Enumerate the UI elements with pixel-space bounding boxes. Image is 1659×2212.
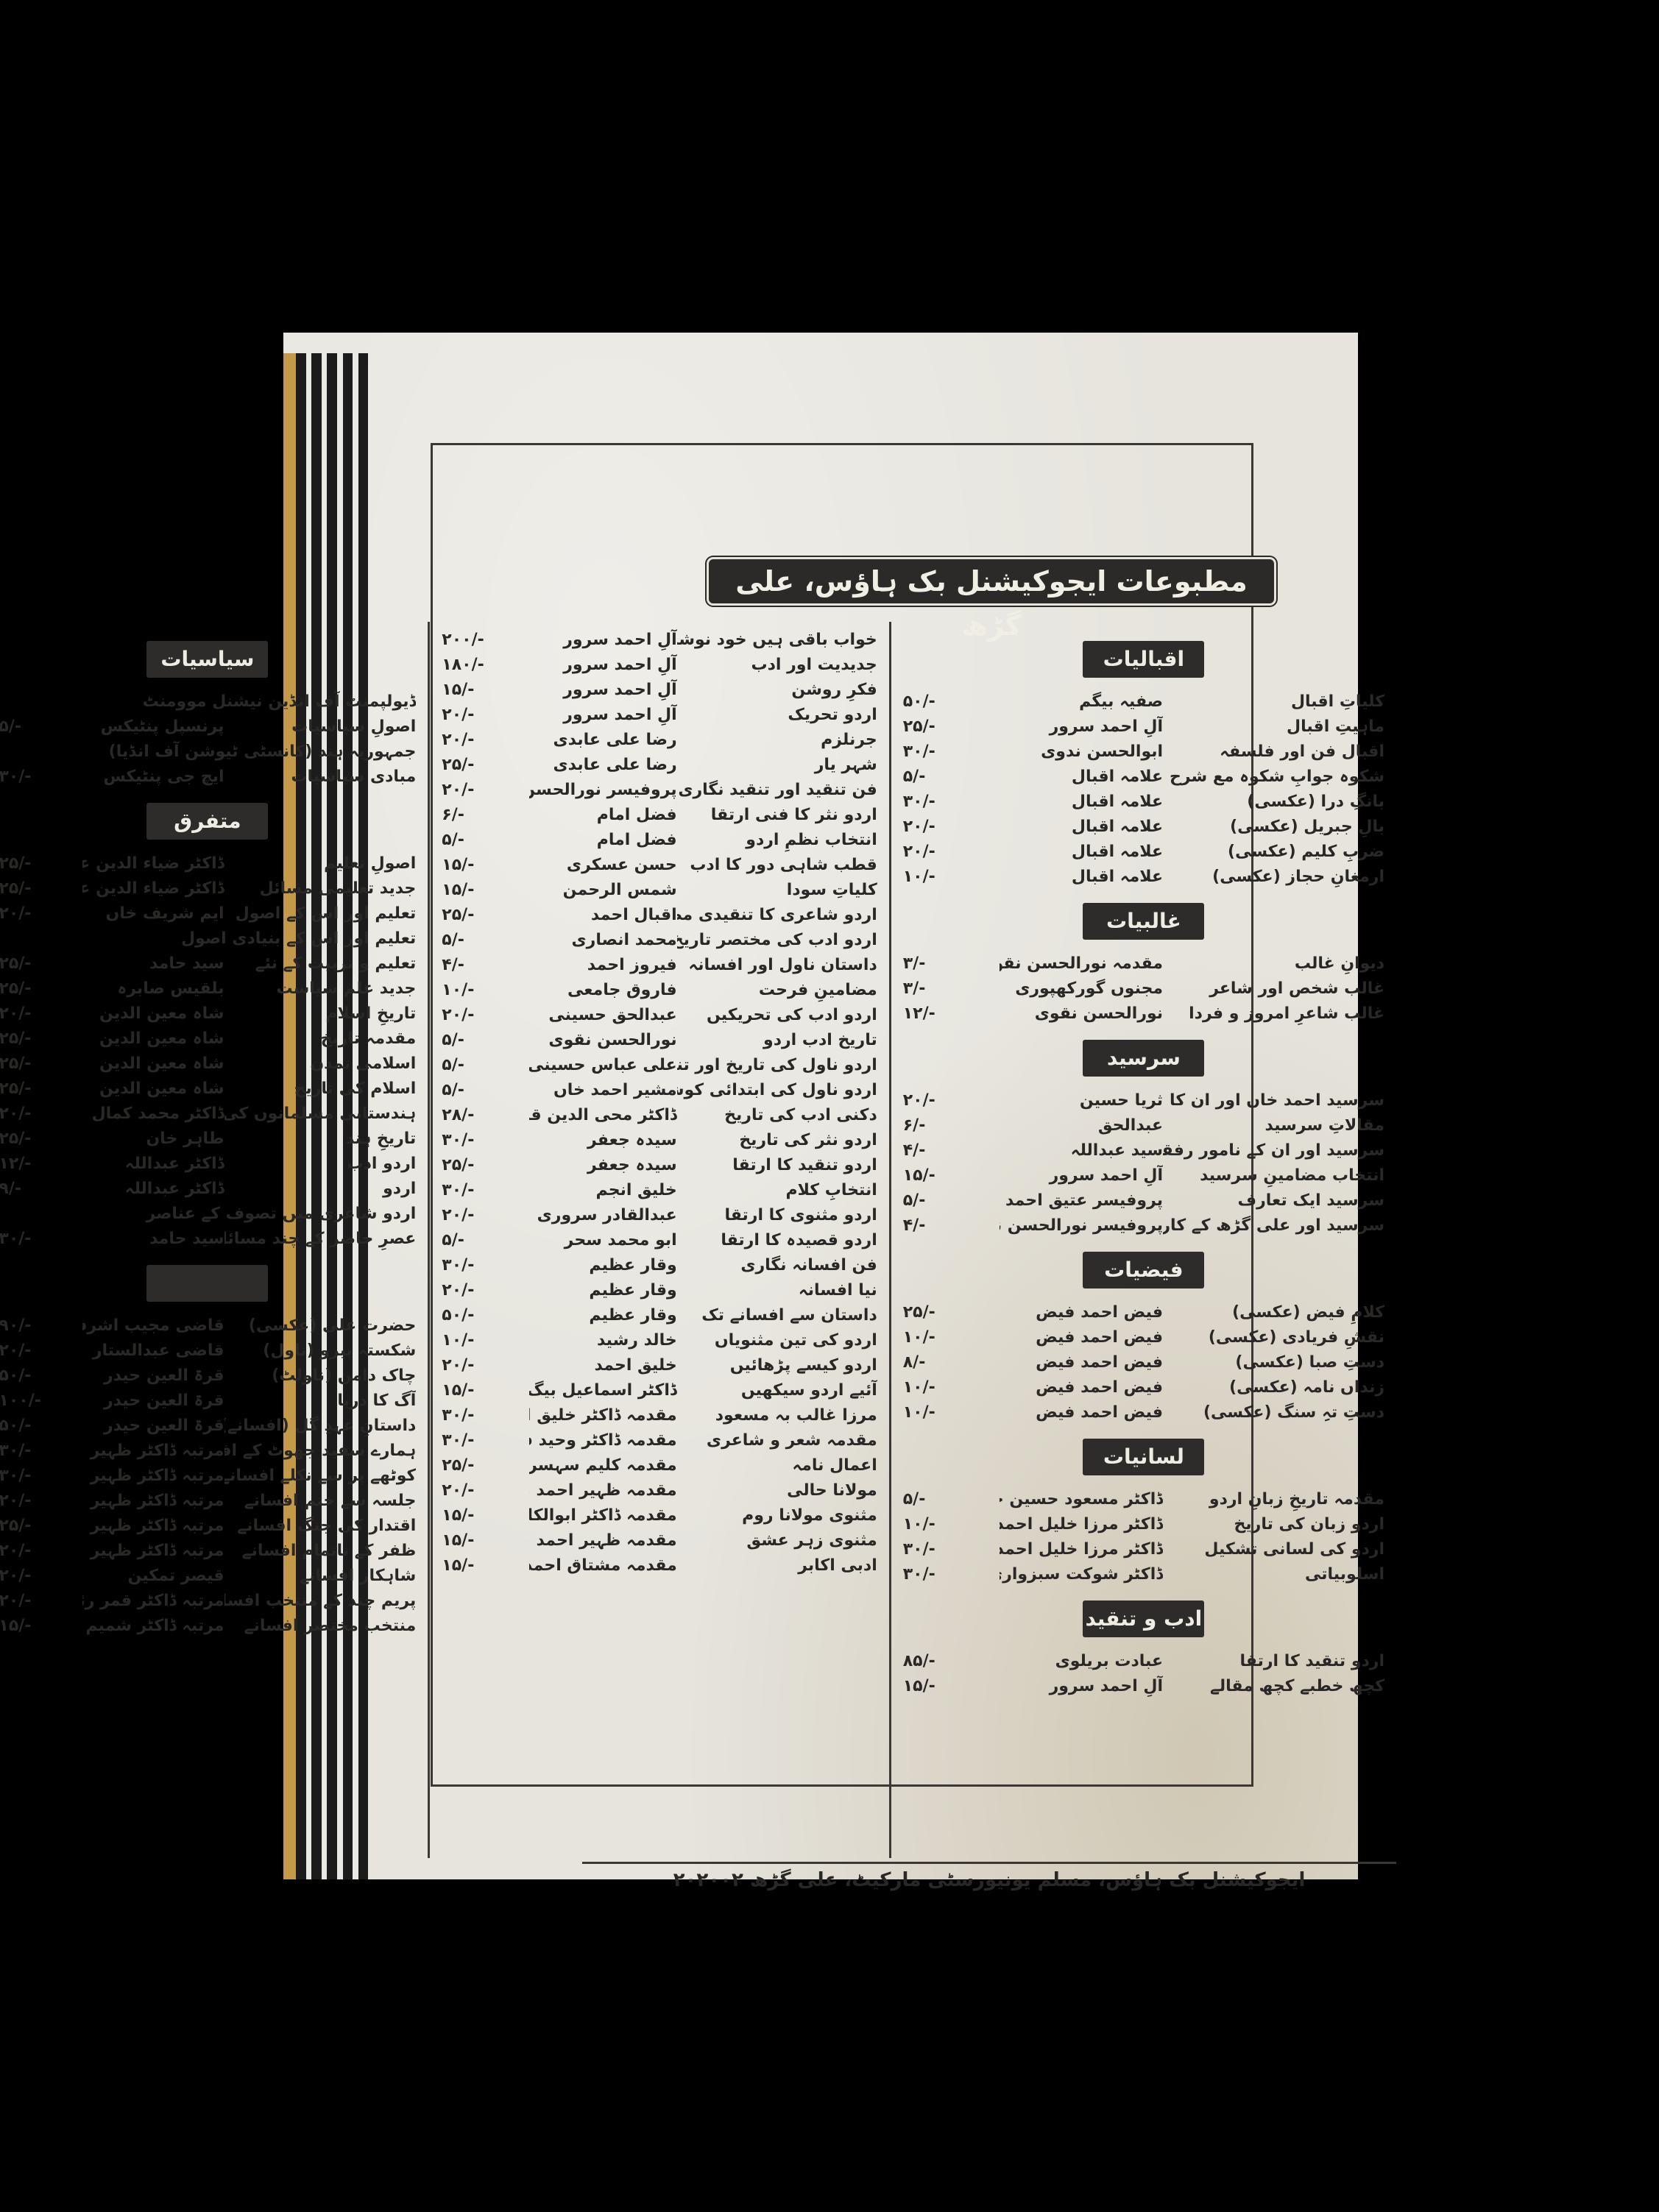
book-author: خلیق انجم	[529, 1178, 677, 1203]
book-author: آلِ احمد سرور	[529, 653, 677, 678]
book-entry: تاریخِ ہندطاہر خان۲۵/-	[0, 1127, 416, 1152]
book-price: ۲۰/-	[0, 1564, 82, 1589]
book-author: فیض احمد فیض	[1000, 1300, 1163, 1325]
book-author: ڈاکٹر محمد کمال	[82, 1102, 224, 1127]
book-entry: اردو تحریکآلِ احمد سرور۲۰/-	[442, 703, 877, 728]
book-author: ڈاکٹر اسماعیل بیگ	[529, 1378, 677, 1403]
book-title: اردو تنقید کا ارتقا	[677, 1153, 877, 1178]
catalogue-columns: اقبالیاتکلیاتِ اقبالصفیہ بیگم۵۰/-ماہیتِ …	[582, 622, 1396, 1858]
book-price: ۳۰/-	[903, 1562, 1000, 1587]
section-header: فیضیات	[1083, 1252, 1204, 1288]
book-title: اسلام کی تاریخ	[224, 1077, 417, 1102]
book-entry: ڈیولپمنٹ آف انڈین نیشنل موومنٹ۵/-	[0, 690, 416, 715]
book-entry: اردو شاعری کا تنقیدی مطالعہاقبال احمد۲۵/…	[442, 903, 877, 928]
book-author: قرۃ العین حیدر	[82, 1364, 224, 1389]
book-entry: اردو شاعری میں تصوف کے عناصر۷/۵۰	[0, 1202, 416, 1227]
book-entry: جدیدیت اور ادبآلِ احمد سرور۱۸۰/-	[442, 653, 877, 678]
book-price: ۱۵/-	[442, 853, 528, 878]
book-price: ۲۰/-	[442, 778, 528, 803]
book-price: ۲۰/-	[442, 1003, 528, 1028]
book-entry: اعمال نامہمقدمہ کلیم سہسرامی۲۵/-	[442, 1453, 877, 1478]
book-entry: حضرت علی (عکسی)قاضی مجیب اشرف۹۰/-	[0, 1314, 416, 1339]
book-entry: زنداں نامہ (عکسی)فیض احمد فیض۱۰/-	[903, 1375, 1384, 1400]
book-entry: منتخب مختصر افسانےمرتبہ ڈاکٹر شمیم حنفی۱…	[0, 1614, 416, 1639]
book-price: ۲۰/-	[0, 1339, 82, 1364]
book-author: ڈاکٹر ضیاء الدین علوی	[82, 851, 224, 876]
book-entry: فکرِ روشنآلِ احمد سرور۱۵/-	[442, 678, 877, 703]
book-title: تاریخِ ہند	[224, 1127, 417, 1152]
book-author: مرتبہ ڈاکٹر ظہیر	[82, 1439, 224, 1464]
book-price: ۴/-	[442, 953, 528, 978]
book-title: داستان ناول اور افسانہ	[677, 953, 877, 978]
book-author: مقدمہ کلیم سہسرامی	[529, 1453, 677, 1478]
book-price: ۲۵/-	[0, 1077, 82, 1102]
book-title: مرزا غالب بہ مسعود	[677, 1403, 877, 1428]
book-entry: جدید تعلیمی مسائلڈاکٹر ضیاء الدین علوی۲۵…	[0, 876, 416, 901]
book-title: اردو تنقید کا ارتقا	[1163, 1649, 1384, 1674]
section-header: غالبیات	[1083, 903, 1204, 940]
catalogue-frame: مطبوعات ایجوکیشنل بک ہاؤس، علی گڑھ اقبال…	[431, 443, 1253, 1787]
book-price: ۲۰/-	[442, 728, 528, 753]
book-price: ۵/-	[903, 765, 1000, 790]
book-title: دستِ تہِ سنگ (عکسی)	[1163, 1400, 1384, 1425]
book-entry: ارمغانِ حجاز (عکسی)علامہ اقبال۱۰/-	[903, 865, 1384, 890]
book-entry: اردو ناول کی ابتدائی کوششمشیر احمد خاں۵/…	[442, 1078, 877, 1103]
book-author: علامہ اقبال	[1000, 765, 1163, 790]
book-author: قیصر تمکین	[82, 1564, 224, 1589]
book-title: زنداں نامہ (عکسی)	[1163, 1375, 1384, 1400]
book-entry: اردو تنقید کا ارتقاعبادت بریلوی۸۵/-	[903, 1649, 1384, 1674]
book-price: ۲۵/-	[442, 1453, 528, 1478]
book-price: ۱۰۰/-	[0, 1389, 82, 1414]
book-entry: شکستہ پیرو (ناول)قاضی عبدالستار۲۰/-	[0, 1339, 416, 1364]
book-author: قرۃ العین حیدر	[82, 1414, 224, 1439]
book-title: منتخب مختصر افسانے	[224, 1614, 417, 1639]
book-entry: اردو ناول کی تاریخ اور تنقیدعلی عباس حسی…	[442, 1053, 877, 1078]
book-author: عبدالحق حسینی	[529, 1003, 677, 1028]
book-author: شاہ معین الدین	[82, 1077, 224, 1102]
book-price: ۸۵/-	[903, 1649, 1000, 1674]
book-price: ۱۰/-	[442, 978, 528, 1003]
book-entry: کلیاتِ سوداشمس الرحمن۱۵/-	[442, 878, 877, 903]
book-author: نورالحسن نقوی	[1000, 1002, 1163, 1027]
book-author: فضل امام	[529, 828, 677, 853]
book-author: علامہ اقبال	[1000, 815, 1163, 840]
book-price: ۳۰/-	[0, 765, 82, 790]
book-entry: قطب شاہی دور کا ادبحسن عسکری۱۵/-	[442, 853, 877, 878]
book-entry: آئیے اردو سیکھیںڈاکٹر اسماعیل بیگ۱۵/-	[442, 1378, 877, 1403]
book-title: اقتدار کی جنگ افسانے	[224, 1514, 417, 1539]
book-title: فن تنقید اور تنقید نگاری	[677, 778, 877, 803]
book-author: ڈاکٹر مرزا خلیل احمد بیگ	[1000, 1537, 1163, 1562]
book-entry: اردو زبان کی تاریخڈاکٹر مرزا خلیل احمد ب…	[903, 1512, 1384, 1537]
book-price: ۲۸/-	[442, 1103, 528, 1128]
book-title: انتخاب نظمِ اردو	[677, 828, 877, 853]
book-title: شاہکار افسانے	[224, 1564, 417, 1589]
book-title: دستِ صبا (عکسی)	[1163, 1350, 1384, 1375]
book-entry: کلیاتِ اقبالصفیہ بیگم۵۰/-	[903, 690, 1384, 715]
book-price: ۹۰/-	[0, 1314, 82, 1339]
book-title: اردو ناول کی تاریخ اور تنقید	[677, 1053, 877, 1078]
book-title: غالب شخص اور شاعر	[1163, 976, 1384, 1002]
book-title: تعلیم اور اس کے اصول	[224, 901, 417, 926]
book-title: آگ کا دریا	[224, 1389, 417, 1414]
book-title: اردو ناول کی ابتدائی کوشش	[677, 1078, 877, 1103]
book-price: ۲۰/-	[442, 1353, 528, 1378]
book-author: مرتبہ ڈاکٹر قمر رئیس	[82, 1589, 224, 1614]
book-author: ڈاکٹر عبداللہ	[82, 1177, 224, 1202]
book-author: وقار عظیم	[529, 1303, 677, 1328]
book-author: بلقیس صابرہ	[82, 976, 224, 1002]
book-author: شاہ معین الدین	[82, 1002, 224, 1027]
book-title: شکستہ پیرو (ناول)	[224, 1339, 417, 1364]
book-title: مثنوی مولانا روم	[677, 1503, 877, 1528]
book-title: نیا افسانہ	[677, 1278, 877, 1303]
book-price: ۲۵/-	[442, 1153, 528, 1178]
book-title: اردو شاعری کا تنقیدی مطالعہ	[677, 903, 877, 928]
book-entry: جدید علم سیاستبلقیس صابرہ۲۵/-	[0, 976, 416, 1002]
book-entry: انتخاب نظمِ اردوفضل امام۵/-	[442, 828, 877, 853]
book-entry: ادبی اکابرمقدمہ مشتاق احمد۱۵/-	[442, 1553, 877, 1578]
book-author: ڈاکٹر عبداللہ	[82, 1152, 224, 1177]
book-price: ۱۵/-	[903, 1674, 1000, 1699]
book-price: ۲۵/-	[0, 1127, 82, 1152]
book-price: ۲۵/-	[0, 1027, 82, 1052]
book-entry: عصرِ حاضر کے چند مسائلسید حامد۳۰/-	[0, 1227, 416, 1252]
book-title: فن افسانہ نگاری	[677, 1253, 877, 1278]
book-title: غالب شاعرِ امروز و فردا	[1163, 1002, 1384, 1027]
book-price: ۲۵/-	[903, 715, 1000, 740]
book-entry: مولانا حالیمقدمہ ظہیر احمد صدیقی۲۰/-	[442, 1478, 877, 1503]
book-title: ضربِ کلیم (عکسی)	[1163, 840, 1384, 865]
book-author: شمس الرحمن	[529, 878, 677, 903]
book-author: ابوالحسن ندوی	[1000, 740, 1163, 765]
book-author: ڈاکٹر مرزا خلیل احمد بیگ	[1000, 1512, 1163, 1537]
book-price: ۳۰/-	[903, 740, 1000, 765]
book-title: اردو	[224, 1177, 417, 1202]
book-title: تاریخ ادب اردو	[677, 1028, 877, 1053]
book-price: ۲۵/-	[0, 876, 82, 901]
book-entry: اردو کیسے پڑھائیںخلیق احمد۲۰/-	[442, 1353, 877, 1378]
book-title: کوٹھے پر سے نکلے افسانے	[224, 1464, 417, 1489]
section-header: سیاسیات	[146, 641, 268, 678]
book-title: خواب باقی ہیں خود نوشت	[677, 628, 877, 653]
book-author: شاہ معین الدین	[82, 1052, 224, 1077]
book-entry: اسلامی تمدنشاہ معین الدین۲۵/-	[0, 1052, 416, 1077]
book-price: ۳/-	[903, 951, 1000, 976]
book-entry: جرنلزمرضا علی عابدی۲۰/-	[442, 728, 877, 753]
book-author: سید حامد	[82, 1227, 224, 1252]
book-entry: تعلیم اور اس کے بنیادی اصول	[0, 926, 416, 951]
book-author: فیض احمد فیض	[1000, 1400, 1163, 1425]
book-price: ۵۰/-	[903, 690, 1000, 715]
book-price: ۲۵/-	[0, 1052, 82, 1077]
book-entry: سرسید احمد خاں اور ان کا عہدثریا حسین۲۰/…	[903, 1088, 1384, 1113]
book-price: ۲۵/-	[0, 976, 82, 1002]
book-price: ۲۰/-	[0, 1489, 82, 1514]
book-entry: غالب شاعرِ امروز و فردانورالحسن نقوی۱۲/-	[903, 1002, 1384, 1027]
book-entry: مقالاتِ سرسیدعبدالحق۶/-	[903, 1113, 1384, 1138]
book-title: اردو ادب کی تحریکیں	[677, 1003, 877, 1028]
book-title: دیوانِ غالب	[1163, 951, 1384, 976]
column-right: اقبالیاتکلیاتِ اقبالصفیہ بیگم۵۰/-ماہیتِ …	[889, 622, 1396, 1858]
book-price: ۳۰/-	[0, 1227, 82, 1252]
book-title: شکوہ جوابِ شکوہ مع شرح	[1163, 765, 1384, 790]
book-title: انتخابِ کلام	[677, 1178, 877, 1203]
book-author: شاہ معین الدین	[82, 1027, 224, 1052]
book-author: آلِ احمد سرور	[529, 628, 677, 653]
book-price: ۲۰/-	[903, 1088, 1000, 1113]
book-author: مقدمہ ظہیر احمد صدیقی	[529, 1478, 677, 1503]
book-author: فضل امام	[529, 803, 677, 828]
book-author: ڈاکٹر محی الدین قادری زور	[529, 1103, 677, 1128]
book-price: ۴/-	[903, 1213, 1000, 1238]
book-entry: شکوہ جوابِ شکوہ مع شرحعلامہ اقبال۵/-	[903, 765, 1384, 790]
book-entry: فن افسانہ نگاریوقار عظیم۳۰/-	[442, 1253, 877, 1278]
book-price: ۵۰/-	[0, 1364, 82, 1389]
book-title: مثنوی زہر عشق	[677, 1528, 877, 1553]
book-entry: پریم چند کے منتخب افسانےمرتبہ ڈاکٹر قمر …	[0, 1589, 416, 1614]
section-header: اقبالیات	[1083, 641, 1204, 678]
book-entry: مقدمہ تاریخِ زبانِ اردوڈاکٹر مسعود حسین …	[903, 1487, 1384, 1512]
book-price: ۱۵/-	[442, 878, 528, 903]
book-entry: غالب شخص اور شاعرمجنوں گورکھپوری۳/-	[903, 976, 1384, 1002]
book-title: چاک دامن (ناولٹ)	[224, 1364, 417, 1389]
book-author: مرتبہ ڈاکٹر ظہیر	[82, 1539, 224, 1564]
book-title: کلیاتِ سودا	[677, 878, 877, 903]
book-author: پروفیسر نورالحسن نقوی	[1000, 1213, 1163, 1238]
book-author: ڈاکٹر ضیاء الدین علوی	[82, 876, 224, 901]
book-author: آلِ احمد سرور	[529, 703, 677, 728]
book-entry: شاہکار افسانےقیصر تمکین۲۰/-	[0, 1564, 416, 1589]
book-author: ابو محمد سحر	[529, 1228, 677, 1253]
book-entry: مضامینِ فرحتفاروق جامعی۱۰/-	[442, 978, 877, 1003]
book-author: قرۃ العین حیدر	[82, 1389, 224, 1414]
book-price: ۱۸۰/-	[442, 653, 528, 678]
book-author: مرتبہ ڈاکٹر ظہیر	[82, 1464, 224, 1489]
book-price: ۲۰/-	[442, 1478, 528, 1503]
book-price: ۱۵/-	[442, 1378, 528, 1403]
book-price: ۵/-	[442, 1228, 528, 1253]
book-title: مقدمہ شعر و شاعری	[677, 1428, 877, 1453]
book-author: فاروق جامعی	[529, 978, 677, 1003]
book-entry: داستان سے افسانے تکوقار عظیم۵۰/-	[442, 1303, 877, 1328]
book-entry: نقشِ فریادی (عکسی)فیض احمد فیض۱۰/-	[903, 1325, 1384, 1350]
book-title: قطب شاہی دور کا ادب	[677, 853, 877, 878]
book-entry: اردو نثر کی تاریخسیدہ جعفر۳۰/-	[442, 1128, 877, 1153]
book-entry: دکنی ادب کی تاریخڈاکٹر محی الدین قادری ز…	[442, 1103, 877, 1128]
book-price: ۲۰/-	[0, 1589, 82, 1614]
book-title: حضرت علی (عکسی)	[224, 1314, 417, 1339]
book-title: آئیے اردو سیکھیں	[677, 1378, 877, 1403]
book-title: اردو نثر کی تاریخ	[677, 1128, 877, 1153]
book-title: داستان سے افسانے تک	[677, 1303, 877, 1328]
book-title: اردو کی لسانی تشکیل	[1163, 1537, 1384, 1562]
book-title: اردو مثنوی کا ارتقا	[677, 1203, 877, 1228]
book-entry: مرزا غالب بہ مسعودمقدمہ ڈاکٹر خلیق انجم۳…	[442, 1403, 877, 1428]
book-author: قاضی عبدالستار	[82, 1339, 224, 1364]
book-author: مجنوں گورکھپوری	[1000, 976, 1163, 1002]
column-middle: خواب باقی ہیں خود نوشتآلِ احمد سرور۲۰۰/-…	[428, 622, 888, 1858]
book-entry: اردوڈاکٹر عبداللہ۹/-	[0, 1177, 416, 1202]
book-author: مقدمہ ڈاکٹر وحید قریشی	[529, 1428, 677, 1453]
book-price: ۲۰/-	[442, 703, 528, 728]
book-price: ۵/-	[442, 828, 528, 853]
book-author: صفیہ بیگم	[1000, 690, 1163, 715]
book-author: پروفیسر نورالحسن نقوی	[529, 778, 677, 803]
book-price: ۱۰/-	[903, 865, 1000, 890]
book-title: اسلوبیاتی	[1163, 1562, 1384, 1587]
book-entry: تاریخ ادب اردونورالحسن نقوی۵/-	[442, 1028, 877, 1053]
book-author: خالد رشید	[529, 1328, 677, 1353]
book-author: عبدالقادر سروری	[529, 1203, 677, 1228]
book-title: اردو کیسے پڑھائیں	[677, 1353, 877, 1378]
book-author: ایم شریف خاں	[82, 901, 224, 926]
book-entry: سرسید اور علی گڑھ کے کارنامےپروفیسر نورا…	[903, 1213, 1384, 1238]
book-author: آلِ احمد سرور	[1000, 1163, 1163, 1188]
book-author: حسن عسکری	[529, 853, 677, 878]
book-title: ہمارے سفید جھوٹ کے افسانے	[224, 1439, 417, 1464]
book-price: ۵۰/-	[442, 1303, 528, 1328]
book-price: ۲۰/-	[0, 1002, 82, 1027]
book-entry: اردو قصیدہ کا ارتقاابو محمد سحر۵/-	[442, 1228, 877, 1253]
book-title: مقدمہ تاریخ	[224, 1027, 417, 1052]
book-author: رضا علی عابدی	[529, 753, 677, 778]
book-entry: اردو ادب کی مختصر تاریخمحمد انصاری۵/-	[442, 928, 877, 953]
section-header: متفرق	[146, 803, 268, 840]
book-price: ۱۵/-	[0, 1614, 82, 1639]
book-author: ڈاکٹر شوکت سبزواری	[1000, 1562, 1163, 1587]
book-entry: انتخاب مضامینِ سرسیدآلِ احمد سرور۱۵/-	[903, 1163, 1384, 1188]
book-price: ۶/-	[903, 1113, 1000, 1138]
book-author: ڈاکٹر مسعود حسین خاں	[1000, 1487, 1163, 1512]
book-title: جرنلزم	[677, 728, 877, 753]
book-title: اردو ادب کی مختصر تاریخ	[677, 928, 877, 953]
book-title: بالِ جبریل (عکسی)	[1163, 815, 1384, 840]
book-title: سرسید اور علی گڑھ کے کارنامے	[1163, 1213, 1384, 1238]
book-price: ۲۵/-	[903, 1300, 1000, 1325]
book-entry: شہر یاررضا علی عابدی۲۵/-	[442, 753, 877, 778]
book-entry: اردو ادب کی تحریکیںعبدالحق حسینی۲۰/-	[442, 1003, 877, 1028]
book-price: ۲۰/-	[0, 901, 82, 926]
book-title: اردو کی تین مثنویاں	[677, 1328, 877, 1353]
book-entry: سرسید ایک تعارفپروفیسر عتیق احمد صدیقی۵/…	[903, 1188, 1384, 1213]
book-author: علامہ اقبال	[1000, 790, 1163, 815]
book-price: ۱۵/-	[442, 1553, 528, 1578]
book-entry: سرسید اور ان کے نامور رفقاءسید عبداللہ۴/…	[903, 1138, 1384, 1163]
book-entry: خواب باقی ہیں خود نوشتآلِ احمد سرور۲۰۰/-	[442, 628, 877, 653]
book-title: پریم چند کے منتخب افسانے	[224, 1589, 417, 1614]
book-title: دکنی ادب کی تاریخ	[677, 1103, 877, 1128]
book-author: عبادت بریلوی	[1000, 1649, 1163, 1674]
book-author: ایچ جی پنٹیکس	[82, 765, 224, 790]
book-title: داستانِ عہدِ گل (افسانے)	[224, 1414, 417, 1439]
book-price: ۱۰/-	[903, 1375, 1000, 1400]
book-price: ۳۰/-	[0, 1439, 82, 1464]
book-entry: داستان ناول اور افسانہفیروز احمد۴/-	[442, 953, 877, 978]
book-entry: بالِ جبریل (عکسی)علامہ اقبال۲۰/-	[903, 815, 1384, 840]
book-author: وقار عظیم	[529, 1278, 677, 1303]
book-title: مقالاتِ سرسید	[1163, 1113, 1384, 1138]
book-title: اسلامی تمدن	[224, 1052, 417, 1077]
book-entry: اردو تنقید کا ارتقاسیدہ جعفر۲۵/-	[442, 1153, 877, 1178]
book-entry: مقدمہ تاریخشاہ معین الدین۲۵/-	[0, 1027, 416, 1052]
book-back-cover: مطبوعات ایجوکیشنل بک ہاؤس، علی گڑھ اقبال…	[283, 333, 1358, 1879]
book-title: اعمال نامہ	[677, 1453, 877, 1478]
book-title: تعلیم اور اس کے بنیادی اصول	[82, 926, 417, 951]
book-price: ۲۰/-	[903, 815, 1000, 840]
book-entry: ہمارے سفید جھوٹ کے افسانےمرتبہ ڈاکٹر ظہی…	[0, 1439, 416, 1464]
book-author: مقدمہ ظہیر احمد صدیقی	[529, 1528, 677, 1553]
book-entry: اردو کی لسانی تشکیلڈاکٹر مرزا خلیل احمد …	[903, 1537, 1384, 1562]
book-title: ادبی اکابر	[677, 1553, 877, 1578]
book-title: ارمغانِ حجاز (عکسی)	[1163, 865, 1384, 890]
section-header: لسانیات	[1083, 1439, 1204, 1475]
book-author: مرتبہ ڈاکٹر ظہیر	[82, 1514, 224, 1539]
book-entry: دستِ صبا (عکسی)فیض احمد فیض۸/-	[903, 1350, 1384, 1375]
book-price: ۱۵/-	[903, 1163, 1000, 1188]
book-author: اقبال احمد	[529, 903, 677, 928]
book-entry: آگ کا دریاقرۃ العین حیدر۱۰۰/-	[0, 1389, 416, 1414]
book-author: آلِ احمد سرور	[529, 678, 677, 703]
book-author: پرنسپل پنٹیکس	[82, 715, 224, 740]
book-author: پروفیسر عتیق احمد صدیقی	[1000, 1188, 1163, 1213]
book-entry: بانگِ درا (عکسی)علامہ اقبال۳۰/-	[903, 790, 1384, 815]
book-price: ۶/-	[442, 803, 528, 828]
book-title: اردو نثر کا فنی ارتقا	[677, 803, 877, 828]
book-entry: اردو مثنوی کا ارتقاعبدالقادر سروری۲۰/-	[442, 1203, 877, 1228]
book-price: ۲۵/-	[442, 753, 528, 778]
book-title: مقدمہ تاریخِ زبانِ اردو	[1163, 1487, 1384, 1512]
book-author: قاضی مجیب اشرف	[82, 1314, 224, 1339]
book-entry: مثنوی مولانا روممقدمہ ڈاکٹر ابوالکلام قا…	[442, 1503, 877, 1528]
book-entry: اسلوبیاتیڈاکٹر شوکت سبزواری۳۰/-	[903, 1562, 1384, 1587]
book-entry: اسلام کی تاریخشاہ معین الدین۲۵/-	[0, 1077, 416, 1102]
book-price: ۵/-	[442, 1078, 528, 1103]
book-author: فیض احمد فیض	[1000, 1350, 1163, 1375]
book-entry: فن تنقید اور تنقید نگاریپروفیسر نورالحسن…	[442, 778, 877, 803]
section-header: ادب و تنقید	[1083, 1600, 1204, 1637]
book-price: ۵/-	[442, 928, 528, 953]
book-title: اقبال فن اور فلسفہ	[1163, 740, 1384, 765]
publisher-address: ایجوکیشنل بک ہاؤس، مسلم یونیورسٹی مارکیٹ…	[582, 1862, 1396, 1896]
book-entry: مثنوی زہر عشقمقدمہ ظہیر احمد صدیقی۱۵/-	[442, 1528, 877, 1553]
book-author: آلِ احمد سرور	[1000, 715, 1163, 740]
book-author: ثریا حسین	[1000, 1088, 1163, 1113]
book-author: علامہ اقبال	[1000, 865, 1163, 890]
book-title: جدید علم سیاست	[224, 976, 417, 1002]
book-title: جمہوریہ ہند (کانسٹی ٹیوشن آف انڈیا)	[82, 740, 417, 765]
book-author: مقدمہ مشتاق احمد	[529, 1553, 677, 1578]
book-title: ظفر کے ناتمام افسانے	[224, 1539, 417, 1564]
book-price: ۳۰/-	[442, 1178, 528, 1203]
book-entry: کچھ خطبے کچھ مقالےآلِ احمد سرور۱۵/-	[903, 1674, 1384, 1699]
catalogue-title: مطبوعات ایجوکیشنل بک ہاؤس، علی گڑھ	[709, 559, 1274, 603]
book-title: سرسید احمد خاں اور ان کا عہد	[1163, 1088, 1384, 1113]
book-title: اردو ادب	[224, 1152, 417, 1177]
book-price: ۳/-	[903, 976, 1000, 1002]
book-entry: مبادی سیاسیاتایچ جی پنٹیکس۳۰/-	[0, 765, 416, 790]
book-entry: اردو نثر کا فنی ارتقافضل امام۶/-	[442, 803, 877, 828]
book-author: مقدمہ ڈاکٹر ابوالکلام قاسمی	[529, 1503, 677, 1528]
book-price: ۱۵/-	[442, 1503, 528, 1528]
book-price: ۱۲/-	[0, 1152, 82, 1177]
section-header: سرسید	[1083, 1040, 1204, 1077]
book-title: مبادی سیاسیات	[224, 765, 417, 790]
book-author: علی عباس حسینی	[529, 1053, 677, 1078]
book-price: ۳۰/-	[442, 1128, 528, 1153]
book-author: سید حامد	[82, 951, 224, 976]
